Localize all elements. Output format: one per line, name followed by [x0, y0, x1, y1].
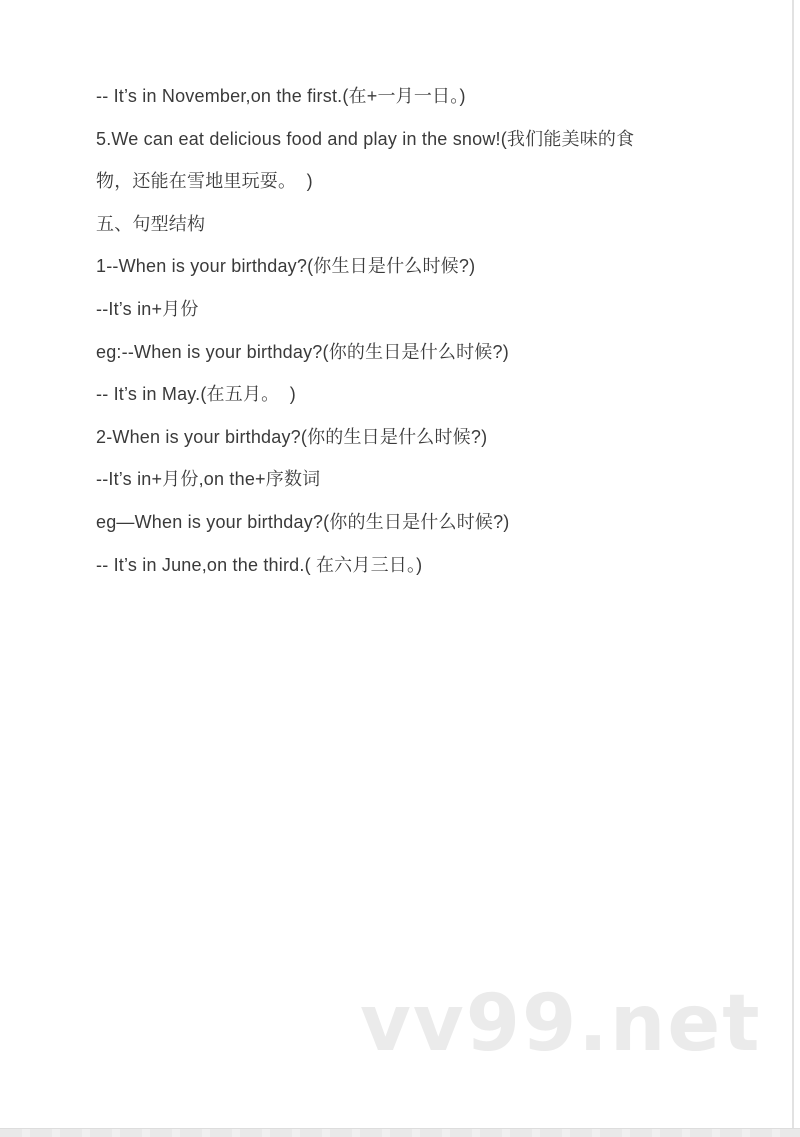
- watermark: vv99.net: [360, 985, 762, 1063]
- text-line: eg—When is your birthday?(你的生日是什么时候?): [96, 512, 740, 533]
- text-line: --It’s in+月份,on the+序数词: [96, 469, 740, 490]
- text-line: 物，还能在雪地里玩耍。 ): [96, 171, 740, 192]
- text-line: --It’s in+月份: [96, 299, 740, 320]
- text-line: -- It’s in May.(在五月。 ): [96, 384, 740, 405]
- text-line: 2-When is your birthday?(你的生日是什么时候?): [96, 427, 740, 448]
- text-line: 5.We can eat delicious food and play in …: [96, 129, 740, 150]
- text-line: -- It’s in November,on the first.(在+一月一日…: [96, 86, 740, 107]
- next-page-gap: [0, 1128, 800, 1137]
- document-page: -- It’s in November,on the first.(在+一月一日…: [0, 0, 800, 1137]
- text-line: eg:--When is your birthday?(你的生日是什么时候?): [96, 342, 740, 363]
- section-heading: 五、句型结构: [96, 214, 740, 235]
- text-line: 1--When is your birthday?(你生日是什么时候?): [96, 256, 740, 277]
- text-line: -- It’s in June,on the third.( 在六月三日。): [96, 555, 740, 576]
- page-edge-line: [792, 0, 794, 1129]
- page-content: -- It’s in November,on the first.(在+一月一日…: [96, 86, 740, 597]
